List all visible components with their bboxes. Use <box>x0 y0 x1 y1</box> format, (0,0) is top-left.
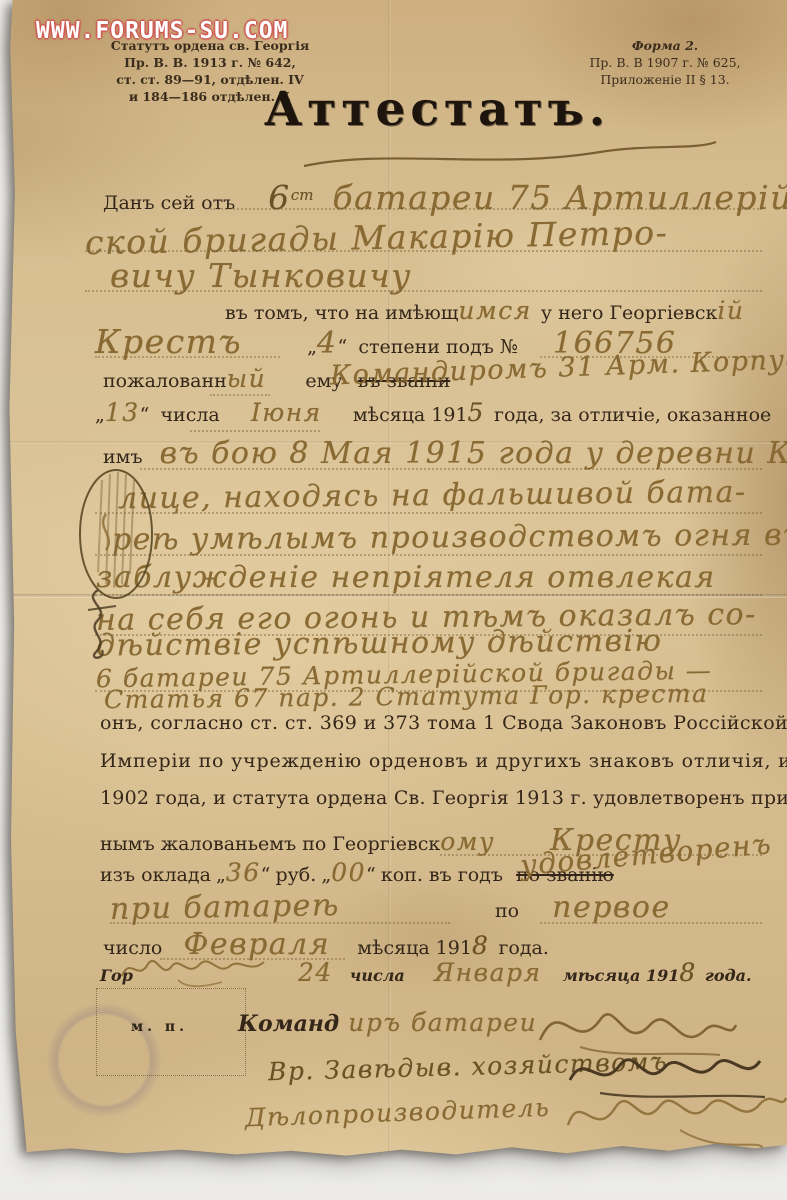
dotted-rule <box>210 208 762 210</box>
line-award-date: „13“ числа Іюня мѣсяца 1915 года, за отл… <box>95 398 771 427</box>
printed-from-pay: изъ оклада <box>100 864 211 886</box>
document-paper-wrapper: Статутъ ордена св. Георгія Пр. В. В. 191… <box>0 0 787 1200</box>
line-place-date: Гор 24 числа Января мѣсяца 1918 года. <box>100 958 752 987</box>
form-ref-line: Пр. В. В 1907 г. № 625, <box>565 55 765 72</box>
printed-granted: пожалованн <box>103 370 227 392</box>
printed-quote-close-3: “ <box>261 864 271 886</box>
printed-quote-close-2: “ <box>140 404 150 426</box>
printed-law-line-2: Имперіи по учрежденію орденовъ и другихъ… <box>100 750 787 772</box>
printed-law-line-3: 1902 года, и статута ордена Св. Георгія … <box>100 787 787 809</box>
printed-for-distinction: года, за отличіе, оказанное <box>494 404 771 426</box>
printed-by-him: имъ <box>103 446 143 468</box>
hw-ending-2: ій <box>717 296 744 325</box>
hw-ending-1: имся <box>458 296 531 325</box>
printed-po: по <box>495 900 519 922</box>
printed-day-label: числа <box>160 404 219 426</box>
hw-rubles: 36 <box>226 858 261 887</box>
seal-place-box: м. п. <box>96 988 246 1076</box>
dotted-rule <box>140 468 762 470</box>
hw-clerk-title: Дѣлопроизводитель <box>245 1093 551 1133</box>
line-until-date: число Февраля мѣсяца 1918 года. <box>103 927 549 962</box>
dotted-rule <box>95 594 762 596</box>
line-commander: Команд иръ батареи <box>238 1008 537 1037</box>
printed-issue-year-suffix: года. <box>705 966 752 985</box>
printed-given-label: Данъ сей отъ <box>103 192 235 214</box>
forum-watermark: WWW.FORUMS-SU.COM <box>36 18 288 44</box>
hw-ending-4: ому <box>440 827 495 856</box>
printed-rub-label: руб. <box>275 864 316 886</box>
dotted-rule <box>85 290 762 292</box>
printed-quote-open-3: „ <box>216 864 226 886</box>
statute-ref-line: Пр. В. В. 1913 г. № 642, <box>100 55 320 72</box>
hw-feat-line-4: заблужденіе непріятеля отвлекая <box>96 560 716 595</box>
dotted-rule <box>85 250 762 252</box>
hw-commander-suffix: иръ батареи <box>348 1008 537 1037</box>
printed-until-year-prefix: мѣсяца 191 <box>357 937 472 959</box>
dotted-rule <box>190 430 320 432</box>
page-title: Аттестатъ. <box>264 82 610 137</box>
printed-salary-1: нымъ жалованьемъ по Георгіевск <box>100 833 440 855</box>
printed-law-line-1: онъ, согласно ст. ст. 369 и 373 тома 1 С… <box>100 712 787 734</box>
printed-until-year-suffix: года. <box>498 937 548 959</box>
hw-degree-number: 4 <box>317 326 338 361</box>
clerk-signature <box>560 1070 787 1180</box>
hw-issue-year-digit: 8 <box>679 958 696 987</box>
printed-quote-open-2: „ <box>95 404 105 426</box>
form-number: Форма 2. <box>565 38 765 55</box>
printed-issue-year-prefix: мѣсяца 191 <box>563 966 680 985</box>
hw-award-month: Іюня <box>251 398 322 427</box>
printed-year-prefix: мѣсяца 191 <box>353 404 468 426</box>
hw-feat-line-2: лице, находясь на фальшивой бата- <box>118 475 747 517</box>
line-feat-1: имъ въ бою 8 Мая 1915 года у деревни Крю… <box>103 436 787 471</box>
dotted-rule <box>110 922 450 924</box>
printed-commander-prefix: Команд <box>238 1011 339 1037</box>
hw-ending-3: ый <box>227 364 266 393</box>
hw-award-day: 13 <box>105 398 140 427</box>
dotted-rule <box>540 922 762 924</box>
seal-place-label: м. п. <box>131 1019 188 1035</box>
printed-kop-label: коп. въ годъ <box>381 864 503 886</box>
hw-until-month: Февраля <box>183 927 330 962</box>
hw-first: первое <box>552 890 671 925</box>
printed-quote-close: “ <box>338 336 348 358</box>
dotted-rule <box>95 554 762 556</box>
dotted-rule <box>95 356 280 358</box>
hw-until-year-digit: 8 <box>472 931 489 960</box>
hw-feat-line-8: Статья 67 пар. 2 Статута Гор. креста <box>104 679 709 714</box>
hw-feat-line-1: въ бою 8 Мая 1915 года у деревни Крюбе- <box>160 436 787 471</box>
hw-steward-title: Вр. Завѣдыв. хозяйствомъ <box>268 1047 669 1086</box>
hw-kopecks: 00 <box>331 858 366 887</box>
printed-quote-open: „ <box>307 336 317 358</box>
printed-quote-open-4: „ <box>321 864 331 886</box>
line-given: Данъ сей отъ 6ст батареи 75 Артиллерій- <box>103 178 787 217</box>
hw-battery-suffix: ст <box>291 186 314 204</box>
printed-quote-close-4: “ <box>366 864 376 886</box>
printed-number-label: число <box>103 937 162 959</box>
printed-that-2: у него Георгіевск <box>541 302 717 324</box>
hw-feat-line-3: реѣ умѣлымъ производствомъ огня въ <box>112 518 787 558</box>
dotted-rule <box>95 512 762 514</box>
hw-award-year-digit: 5 <box>468 398 485 427</box>
dotted-rule <box>210 394 270 396</box>
hw-unit-line2: ской бригады Макарію Петро- <box>85 213 669 262</box>
printed-issue-day-label: числа <box>350 966 405 985</box>
hw-issue-day: 24 <box>298 958 333 987</box>
hw-issue-month: Января <box>434 958 542 987</box>
line-salary-3: при батареѣ по первое <box>110 890 671 925</box>
hw-battery-number: 6 <box>268 178 291 217</box>
hw-unit-line1: батареи 75 Артиллерій- <box>333 178 787 217</box>
scanned-certificate-page: { "watermark": "WWW.FORUMS-SU.COM", "hea… <box>0 0 787 1200</box>
printed-city-label: Гор <box>100 966 133 985</box>
line-that: въ томъ, что на имѣющимся у него Георгіе… <box>225 296 745 325</box>
printed-that-1: въ томъ, что на имѣющ <box>225 302 458 324</box>
title-underline-flourish <box>300 136 720 176</box>
document-paper: Статутъ ордена св. Георгія Пр. В. В. 191… <box>0 0 787 1200</box>
